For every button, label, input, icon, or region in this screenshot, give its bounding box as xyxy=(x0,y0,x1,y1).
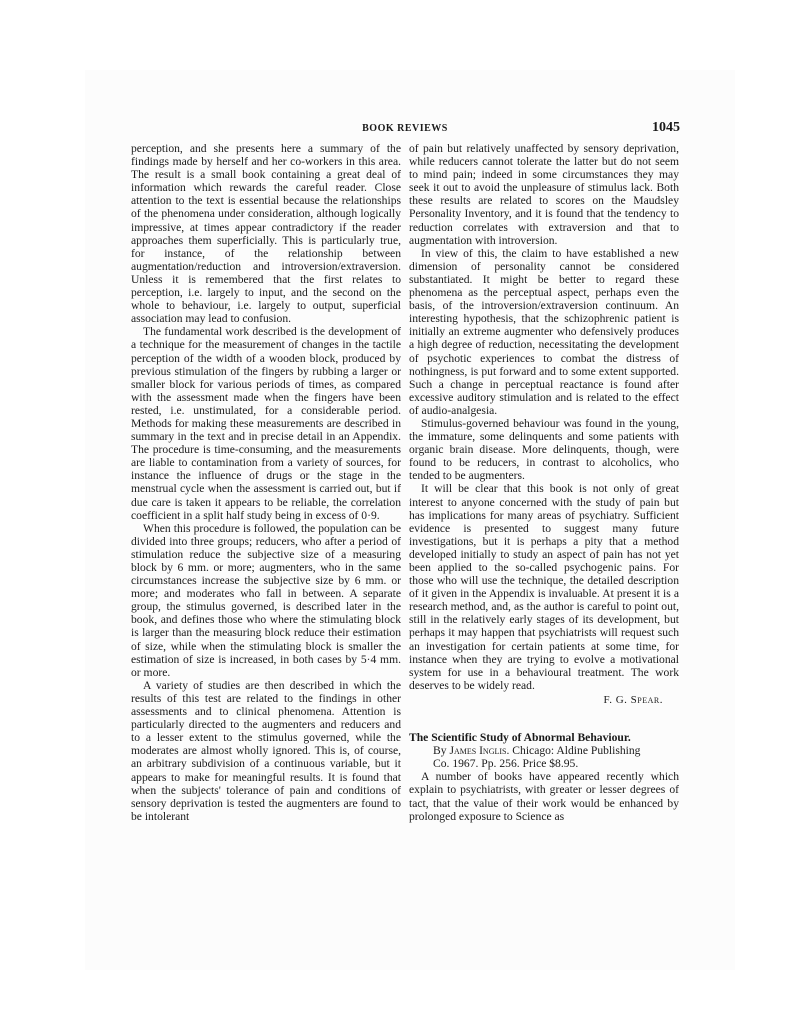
paragraph: The fundamental work described is the de… xyxy=(131,325,401,521)
page-number: 1045 xyxy=(652,120,680,136)
running-title: BOOK REVIEWS xyxy=(130,123,680,134)
book-title: The Scientific Study of Abnormal Behavio… xyxy=(409,731,679,744)
left-column: perception, and she presents here a summ… xyxy=(131,142,401,823)
paragraph: of pain but relatively unaffected by sen… xyxy=(409,142,679,247)
paragraph: Stimulus-governed behaviour was found in… xyxy=(409,417,679,482)
running-header: BOOK REVIEWS 1045 xyxy=(130,121,680,137)
reviewer-name: F. G. Spear. xyxy=(604,694,664,706)
paragraph: In view of this, the claim to have estab… xyxy=(409,247,679,417)
book-citation: By James Inglis. Chicago: Aldine Publish… xyxy=(409,744,679,770)
book-author: James Inglis xyxy=(449,744,506,757)
paragraph: perception, and she presents here a summ… xyxy=(131,142,401,325)
publisher-line-2: Co. 1967. Pp. 256. Price $8.95. xyxy=(433,757,578,770)
by-label: By xyxy=(433,744,447,757)
book-review-heading: The Scientific Study of Abnormal Behavio… xyxy=(409,731,679,770)
publisher-line-1: . Chicago: Aldine Publishing xyxy=(507,744,641,757)
paragraph: It will be clear that this book is not o… xyxy=(409,482,679,692)
right-column: of pain but relatively unaffected by sen… xyxy=(409,142,679,823)
paragraph: A number of books have appeared recently… xyxy=(409,770,679,822)
reviewer-signature: F. G. Spear. xyxy=(409,694,663,707)
paragraph: A variety of studies are then described … xyxy=(131,679,401,823)
paragraph: When this procedure is followed, the pop… xyxy=(131,522,401,679)
